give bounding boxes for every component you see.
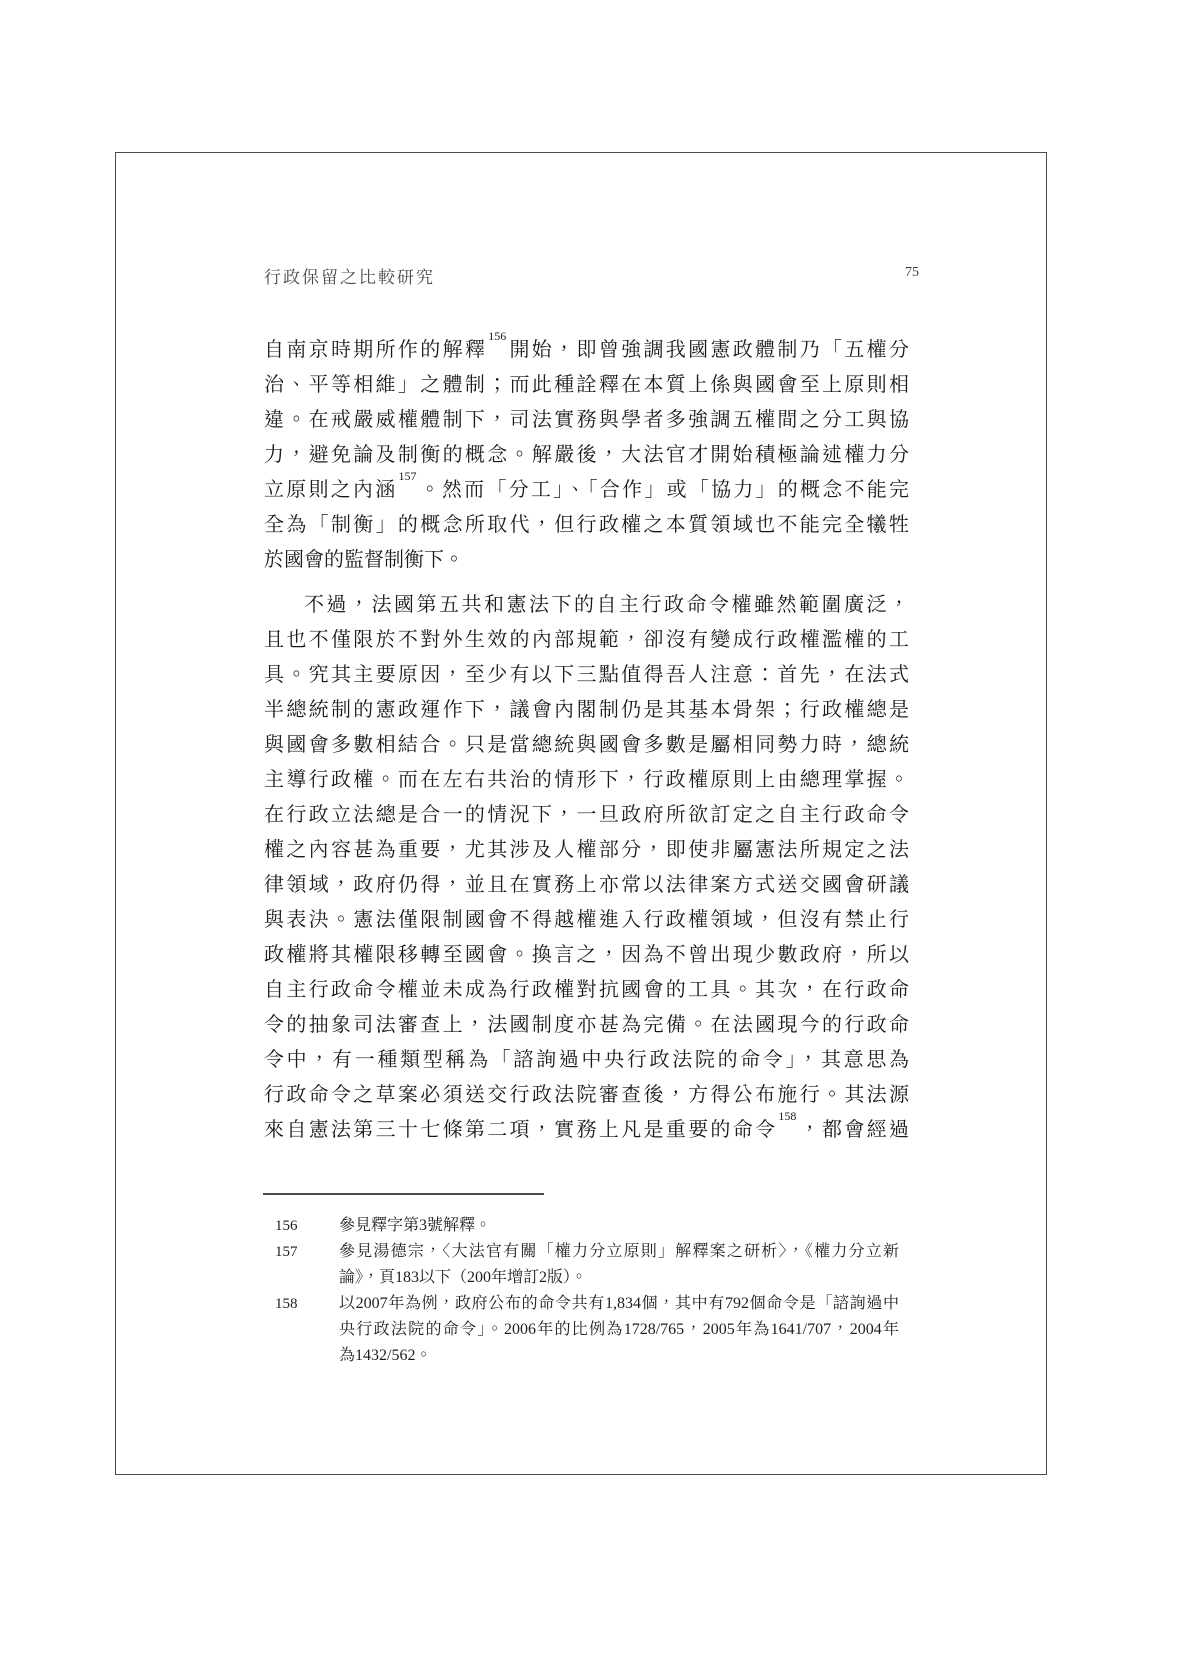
body-line: 不過，法國第五共和憲法下的自主行政命令權雖然範圍廣泛，	[264, 588, 909, 623]
footnote-text-line: 參見湯德宗，〈大法官有關「權力分立原則」解釋案之研析〉，《權力分立新	[339, 1239, 899, 1265]
body-text-segment: 自南京時期所作的解釋	[264, 339, 487, 361]
body-line: 力，避免論及制衡的概念。解嚴後，大法官才開始積極論述權力分	[264, 438, 909, 473]
body-text-segment: 開始，即曾強調我國憲政體制乃「五權分	[507, 339, 909, 361]
body-line: 於國會的監督制衡下。	[264, 543, 909, 578]
body-line: 主導行政權。而在左右共治的情形下，行政權原則上由總理掌握。	[264, 763, 909, 798]
footnote-number: 158	[264, 1291, 339, 1317]
body-line: 行政命令之草案必須送交行政法院審查後，方得公布施行。其法源	[264, 1078, 909, 1113]
body-line: 來自憲法第三十七條第二項，實務上凡是重要的命令158，都會經過	[264, 1113, 909, 1148]
body-text-segment: 來自憲法第三十七條第二項，實務上凡是重要的命令	[264, 1119, 777, 1141]
footnote-ref-157: 157	[398, 469, 416, 483]
footnotes-section: 156 參見釋字第3號解釋。 157 參見湯德宗，〈大法官有關「權力分立原則」解…	[264, 1213, 914, 1369]
paragraph-2: 不過，法國第五共和憲法下的自主行政命令權雖然範圍廣泛， 且也不僅限於不對外生效的…	[264, 588, 909, 1148]
body-line: 令中，有一種類型稱為「諮詢過中央行政法院的命令」，其意思為	[264, 1043, 909, 1078]
body-text-segment: 立原則之內涵	[264, 479, 397, 501]
body-line: 在行政立法總是合一的情況下，一旦政府所欲訂定之自主行政命令	[264, 798, 909, 833]
body-line: 違。在戒嚴威權體制下，司法實務與學者多強調五權間之分工與協	[264, 403, 909, 438]
page-number: 75	[905, 265, 919, 281]
body-text: 自南京時期所作的解釋156開始，即曾強調我國憲政體制乃「五權分 治、平等相維」之…	[264, 333, 909, 1148]
footnote-text-line: 為1432/562。	[339, 1343, 899, 1369]
footnote-158: 158 以2007年為例，政府公布的命令共有1,834個，其中有792個命令是「…	[264, 1291, 914, 1317]
body-line: 令的抽象司法審查上，法國制度亦甚為完備。在法國現今的行政命	[264, 1008, 909, 1043]
footnote-separator	[263, 1193, 544, 1195]
footnote-number: 157	[264, 1239, 339, 1265]
footnote-number: 156	[264, 1213, 339, 1239]
body-line: 政權將其權限移轉至國會。換言之，因為不曾出現少數政府，所以	[264, 938, 909, 973]
body-text-segment: 。然而「分工」、「合作」或「協力」的概念不能完	[417, 479, 909, 501]
page-frame: 行政保留之比較研究 75 自南京時期所作的解釋156開始，即曾強調我國憲政體制乃…	[115, 152, 1047, 1475]
footnote-157: 157 參見湯德宗，〈大法官有關「權力分立原則」解釋案之研析〉，《權力分立新	[264, 1239, 914, 1265]
footnote-158-continuation: 央行政法院的命令」。2006年的比例為1728/765，2005年為1641/7…	[264, 1317, 914, 1343]
body-line: 與表決。憲法僅限制國會不得越權進入行政權領域，但沒有禁止行	[264, 903, 909, 938]
body-text-segment: ，都會經過	[797, 1119, 909, 1141]
footnote-ref-156: 156	[488, 329, 506, 343]
footnote-number-spacer	[264, 1343, 339, 1369]
body-line: 具。究其主要原因，至少有以下三點值得吾人注意：首先，在法式	[264, 658, 909, 693]
body-line: 律領域，政府仍得，並且在實務上亦常以法律案方式送交國會研議	[264, 868, 909, 903]
body-line: 半總統制的憲政運作下，議會內閣制仍是其基本骨架；行政權總是	[264, 693, 909, 728]
body-line: 全為「制衡」的概念所取代，但行政權之本質領域也不能完全犧牲	[264, 508, 909, 543]
footnote-text-line: 以2007年為例，政府公布的命令共有1,834個，其中有792個命令是「諮詢過中	[339, 1291, 899, 1317]
footnote-text-line: 央行政法院的命令」。2006年的比例為1728/765，2005年為1641/7…	[339, 1317, 899, 1343]
body-line: 且也不僅限於不對外生效的內部規範，卻沒有變成行政權濫權的工	[264, 623, 909, 658]
scanned-document-page: 行政保留之比較研究 75 自南京時期所作的解釋156開始，即曾強調我國憲政體制乃…	[0, 0, 1177, 1664]
footnote-156: 156 參見釋字第3號解釋。	[264, 1213, 914, 1239]
body-line: 立原則之內涵157。然而「分工」、「合作」或「協力」的概念不能完	[264, 473, 909, 508]
footnote-ref-158: 158	[778, 1109, 796, 1123]
footnote-text-line: 論》，頁183以下（200年增訂2版）。	[339, 1265, 899, 1291]
running-header-title: 行政保留之比較研究	[264, 263, 435, 288]
footnote-number-spacer	[264, 1317, 339, 1343]
body-line: 治、平等相維」之體制；而此種詮釋在本質上係與國會至上原則相	[264, 368, 909, 403]
body-line: 自南京時期所作的解釋156開始，即曾強調我國憲政體制乃「五權分	[264, 333, 909, 368]
footnote-157-continuation: 論》，頁183以下（200年增訂2版）。	[264, 1265, 914, 1291]
body-line: 自主行政命令權並未成為行政權對抗國會的工具。其次，在行政命	[264, 973, 909, 1008]
body-line: 與國會多數相結合。只是當總統與國會多數是屬相同勢力時，總統	[264, 728, 909, 763]
footnote-text-line: 參見釋字第3號解釋。	[339, 1213, 899, 1239]
footnote-number-spacer	[264, 1265, 339, 1291]
footnote-158-continuation: 為1432/562。	[264, 1343, 914, 1369]
paragraph-1: 自南京時期所作的解釋156開始，即曾強調我國憲政體制乃「五權分 治、平等相維」之…	[264, 333, 909, 578]
body-line: 權之內容甚為重要，尤其涉及人權部分，即使非屬憲法所規定之法	[264, 833, 909, 868]
